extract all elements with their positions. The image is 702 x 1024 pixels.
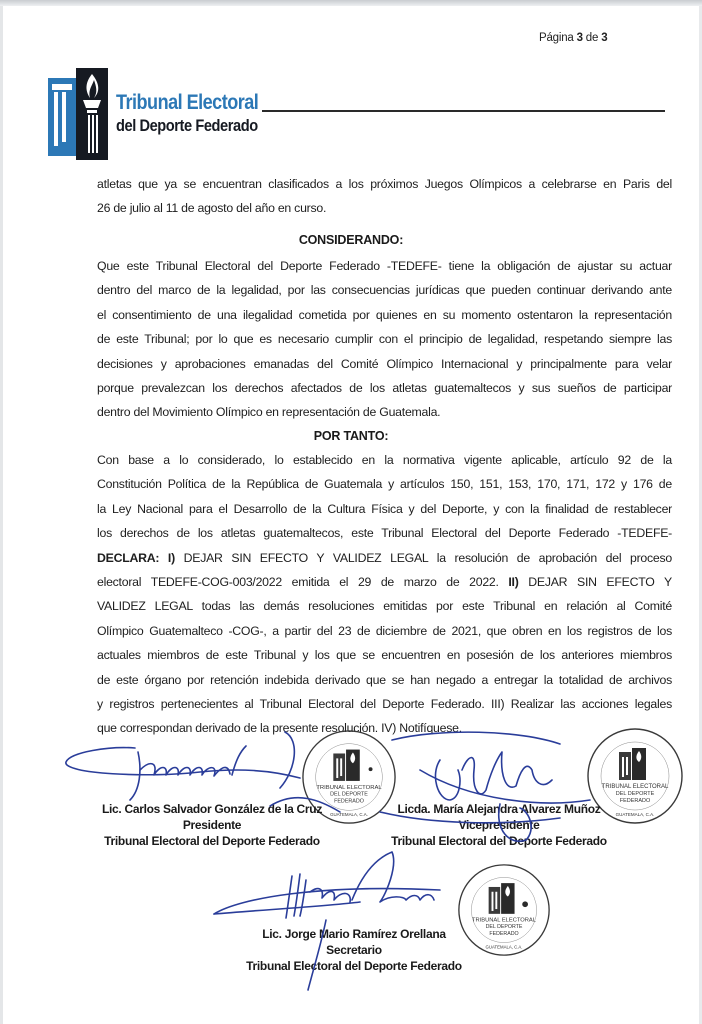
svg-text:FEDERADO: FEDERADO [620,798,651,804]
signatory-role: Presidente [96,817,328,833]
text-line: decisiones y aprobaciones emanadas del C… [97,352,672,376]
text-line: actuales miembros de este Tribunal y los… [97,643,672,667]
text-line: dentro del Movimiento Olímpico en repres… [97,400,672,424]
signature-block-secretary: Lic. Jorge Mario Ramírez Orellana Secret… [238,926,470,974]
signature-secretary [214,889,440,914]
signatory-org: Tribunal Electoral del Deporte Federado [96,833,328,849]
signature-president [66,748,300,778]
text-line: Olímpico Guatemalteco -COG-, a partir de… [97,619,672,643]
torch-column-logo-icon [48,68,108,160]
svg-text:GUATEMALA, C.A.: GUATEMALA, C.A. [616,812,655,817]
text-line: Constitución Política de la República de… [97,472,672,496]
text-line: los derechos de los atletas guatemalteco… [97,521,672,545]
text-line: y registros pertenecientes al Tribunal E… [97,692,672,716]
svg-text:TRIBUNAL ELECTORAL: TRIBUNAL ELECTORAL [316,785,382,791]
considerando-paragraph: Que este Tribunal Electoral del Deporte … [97,254,672,425]
svg-text:TRIBUNAL ELECTORAL: TRIBUNAL ELECTORAL [602,784,669,790]
signatory-role: Vicepresidente [383,817,615,833]
svg-text:FEDERADO: FEDERADO [334,798,364,804]
signatory-name: Lic. Jorge Mario Ramírez Orellana [238,926,470,942]
text-line: el consentimiento de una ilegalidad come… [97,303,672,327]
text-line: Con base a lo considerado, lo establecid… [97,448,672,472]
intro-paragraph: atletas que ya se encuentran clasificado… [97,172,672,221]
svg-text:GUATEMALA, C.A.: GUATEMALA, C.A. [330,812,368,817]
por-tanto-heading: POR TANTO: [0,429,702,443]
window-top-edge [0,0,702,6]
signature-block-president: Lic. Carlos Salvador González de la Cruz… [96,801,328,849]
svg-text:TRIBUNAL ELECTORAL: TRIBUNAL ELECTORAL [472,918,536,924]
considerando-heading: CONSIDERANDO: [0,233,702,247]
svg-text:FEDERADO: FEDERADO [489,931,518,937]
signatory-role: Secretario [238,942,470,958]
signature-block-vicepresident: Licda. María Alejandra Alvarez Muñoz Vic… [383,801,615,849]
text-line: la Ley Nacional para el Desarrollo de la… [97,497,672,521]
text-line: Que este Tribunal Electoral del Deporte … [97,254,672,278]
official-seal-stamp: TRIBUNAL ELECTORAL DEL DEPORTE FEDERADO … [456,862,552,958]
svg-text:GUATEMALA, C.A.: GUATEMALA, C.A. [486,944,523,949]
text-line: porque prevalezcan los derechos afectado… [97,376,672,400]
svg-text:DEL DEPORTE: DEL DEPORTE [486,924,523,930]
text-line: 26 de julio al 11 de agosto del año en c… [97,196,672,220]
page-indicator: Página 3 de 3 [539,32,607,44]
signatory-name: Lic. Carlos Salvador González de la Cruz [96,801,328,817]
org-title: Tribunal Electoral [116,91,258,115]
signatory-name: Licda. María Alejandra Alvarez Muñoz [383,801,615,817]
svg-text:DEL DEPORTE: DEL DEPORTE [330,792,368,798]
svg-text:DEL DEPORTE: DEL DEPORTE [616,791,655,797]
header-rule [262,110,665,112]
text-line: VALIDEZ LEGAL todas las demás resolucion… [97,594,672,618]
page-left-edge [0,6,3,1024]
signatory-org: Tribunal Electoral del Deporte Federado [383,833,615,849]
por-tanto-paragraph: Con base a lo considerado, lo establecid… [97,448,672,741]
text-line: electoral TEDEFE-COG-003/2022 emitida el… [97,570,672,594]
text-line: de este Tribunal; por lo que es necesari… [97,327,672,351]
text-line: dentro del marco de la legalidad, por la… [97,278,672,302]
signatory-org: Tribunal Electoral del Deporte Federado [238,958,470,974]
declara-line: DECLARA: I) DEJAR SIN EFECTO Y VALIDEZ L… [97,546,672,570]
text-line: de este órgano por retención indebida de… [97,668,672,692]
text-line: atletas que ya se encuentran clasificado… [97,172,672,196]
org-subtitle: del Deporte Federado [116,116,258,136]
